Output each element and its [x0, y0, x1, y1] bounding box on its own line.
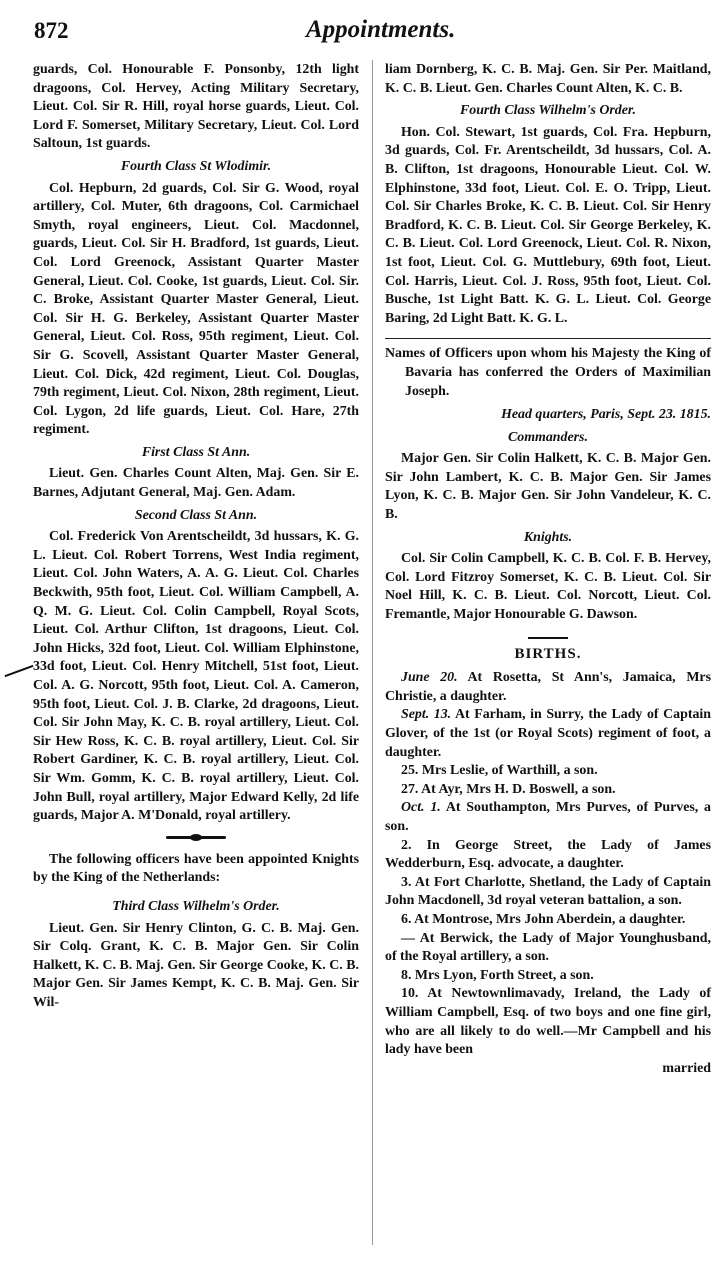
birth-date: Oct. 1.: [401, 800, 441, 815]
birth-text: At Ayr, Mrs H. D. Boswell, a son.: [421, 782, 615, 797]
birth-date: 3.: [401, 875, 411, 890]
continuation-paragraph: liam Dornberg, K. C. B. Maj. Gen. Sir Pe…: [385, 61, 711, 98]
section-paragraph: Major Gen. Sir Colin Halkett, K. C. B. M…: [385, 450, 711, 524]
birth-entry: 27. At Ayr, Mrs H. D. Boswell, a son.: [385, 781, 711, 800]
section-heading-second-class-st-ann: Second Class St Ann.: [33, 507, 359, 526]
birth-date: 6.: [401, 912, 411, 927]
birth-entry: 3. At Fort Charlotte, Shetland, the Lady…: [385, 874, 711, 911]
birth-entry: 25. Mrs Leslie, of Warthill, a son.: [385, 762, 711, 781]
section-heading-first-class-st-ann: First Class St Ann.: [33, 444, 359, 463]
birth-date: June 20.: [401, 670, 458, 685]
section-heading-fourth-class-wilhelm: Fourth Class Wilhelm's Order.: [385, 102, 711, 121]
page-header: 872 Appointments.: [34, 18, 708, 50]
birth-entry: 10. At Newtownlimavady, Ireland, the Lad…: [385, 985, 711, 1059]
births-heading: BIRTHS.: [385, 645, 711, 664]
section-paragraph: Col. Hepburn, 2d guards, Col. Sir G. Woo…: [33, 180, 359, 440]
running-title: Appointments.: [306, 16, 455, 44]
page-number: 872: [34, 18, 69, 44]
bavaria-intro: Names of Officers upon whom his Majesty …: [385, 345, 711, 401]
horizontal-rule: [385, 338, 711, 339]
section-paragraph: Lieut. Gen. Sir Henry Clinton, G. C. B. …: [33, 920, 359, 1013]
birth-date: 25.: [401, 763, 418, 778]
short-rule: [528, 637, 568, 639]
birth-date: —: [401, 931, 415, 946]
birth-entry: 2. In George Street, the Lady of James W…: [385, 837, 711, 874]
ornamental-divider: [166, 836, 226, 839]
birth-text: Mrs Lyon, Forth Street, a son.: [415, 968, 594, 983]
birth-date: 2.: [401, 838, 411, 853]
section-paragraph: Col. Frederick Von Arentscheildt, 3d hus…: [33, 528, 359, 826]
birth-text: In George Street, the Lady of James Wedd…: [385, 838, 711, 872]
birth-date: Sept. 13.: [401, 707, 451, 722]
column-divider: [372, 60, 373, 1245]
continuation-paragraph: guards, Col. Honourable F. Ponsonby, 12t…: [33, 61, 359, 154]
birth-text: At Berwick, the Lady of Major Younghusba…: [385, 931, 711, 965]
birth-text: At Fort Charlotte, Shetland, the Lady of…: [385, 875, 711, 909]
section-heading-commanders: Commanders.: [385, 429, 711, 448]
birth-date: 27.: [401, 782, 418, 797]
section-paragraph: Lieut. Gen. Charles Count Alten, Maj. Ge…: [33, 465, 359, 502]
birth-entry: Oct. 1. At Southampton, Mrs Purves, of P…: [385, 799, 711, 836]
right-column: liam Dornberg, K. C. B. Maj. Gen. Sir Pe…: [385, 61, 711, 1078]
birth-entry: Sept. 13. At Farham, in Surry, the Lady …: [385, 706, 711, 762]
births-list: June 20. At Rosetta, St Ann's, Jamaica, …: [385, 669, 711, 1059]
birth-text: At Montrose, Mrs John Aberdein, a daught…: [414, 912, 685, 927]
section-heading-knights: Knights.: [385, 529, 711, 548]
birth-date: 8.: [401, 968, 411, 983]
margin-pen-mark: [5, 665, 34, 677]
birth-entry: June 20. At Rosetta, St Ann's, Jamaica, …: [385, 669, 711, 706]
birth-text: Mrs Leslie, of Warthill, a son.: [422, 763, 598, 778]
netherlands-intro: The following officers have been appoint…: [33, 851, 359, 888]
section-heading-third-class-wilhelm: Third Class Wilhelm's Order.: [33, 898, 359, 917]
birth-entry: 6. At Montrose, Mrs John Aberdein, a dau…: [385, 911, 711, 930]
birth-entry: 8. Mrs Lyon, Forth Street, a son.: [385, 967, 711, 986]
section-paragraph: Hon. Col. Stewart, 1st guards, Col. Fra.…: [385, 124, 711, 329]
dateline: Head quarters, Paris, Sept. 23. 1815.: [385, 406, 711, 425]
section-heading-fourth-class-st-wlodimir: Fourth Class St Wlodimir.: [33, 158, 359, 177]
birth-text: At Newtownlimavady, Ireland, the Lady of…: [385, 986, 711, 1057]
left-column: guards, Col. Honourable F. Ponsonby, 12t…: [33, 61, 359, 1013]
birth-date: 10.: [401, 986, 418, 1001]
birth-entry: — At Berwick, the Lady of Major Younghus…: [385, 930, 711, 967]
catchword: married: [385, 1060, 711, 1079]
section-paragraph: Col. Sir Colin Campbell, K. C. B. Col. F…: [385, 550, 711, 624]
